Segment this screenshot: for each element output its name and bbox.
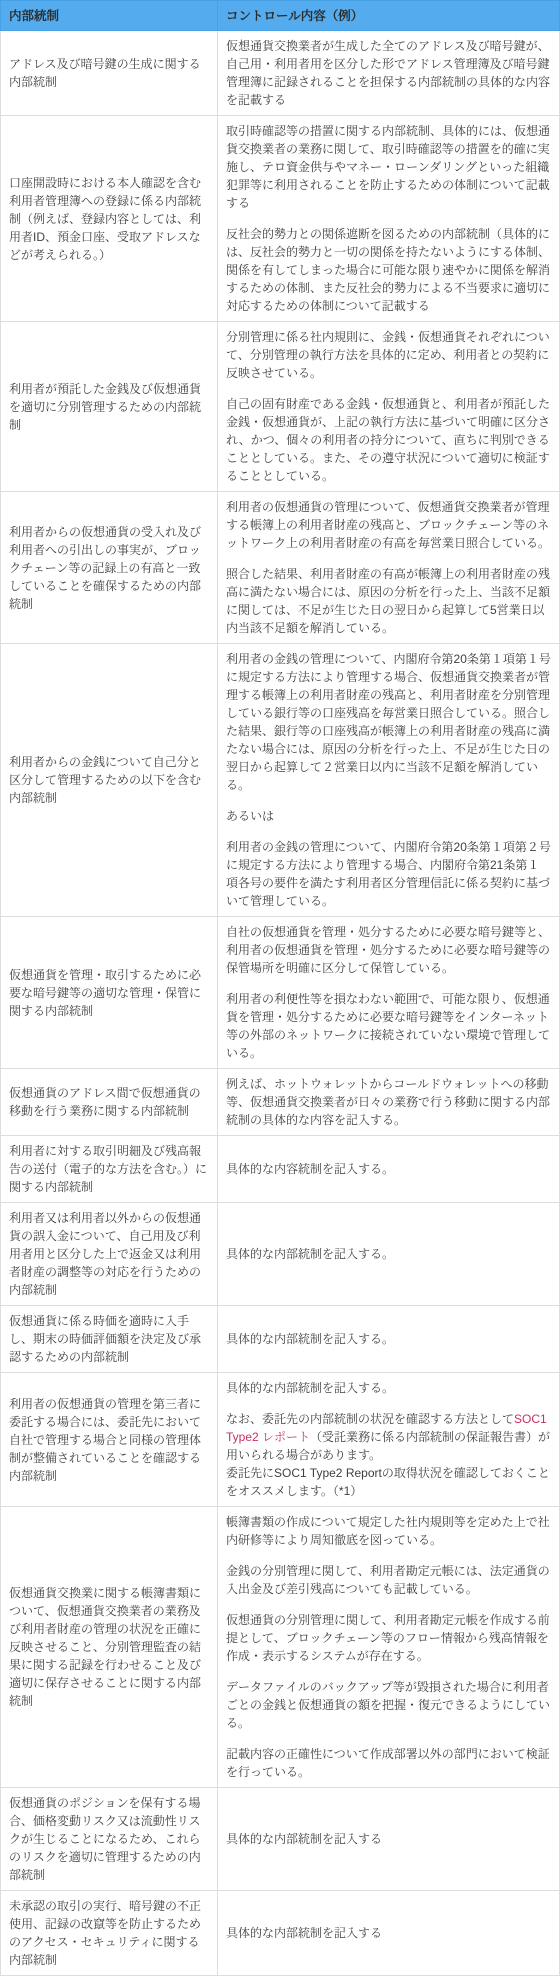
table-row: 仮想通貨に係る時価を適時に入手し、期末の時価評価額を決定及び承認するための内部統…: [1, 1306, 560, 1373]
paragraph-text: 照合した結果、利用者財産の有高が帳簿上の利用者財産の残高に満たない場合には、原因…: [226, 567, 550, 635]
paragraph-text: 自己の固有財産である金銭・仮想通貨と、利用者が預託した金銭・仮想通貨が、上記の執…: [226, 397, 550, 483]
control-content-cell: 利用者の金銭の管理について、内閣府令第20条第１項第１号に規定する方法により管理…: [218, 644, 560, 917]
control-content-paragraph: 自社の仮想通貨を管理・処分するために必要な暗号鍵等と、利用者の仮想通貨を管理・処…: [226, 923, 551, 977]
control-content-paragraph: 利用者の金銭の管理について、内閣府令第20条第１項第１号に規定する方法により管理…: [226, 650, 551, 794]
table-row: 口座開設時における本人確認を含む利用者管理簿への登録に係る内部統制（例えば、登録…: [1, 116, 560, 322]
internal-control-cell: 利用者からの仮想通貨の受入れ及び利用者への引出しの事実が、ブロックチェーン等の記…: [1, 492, 218, 644]
table-row: 未承認の取引の実行、暗号鍵の不正使用、記録の改竄等を防止するためのアクセス・セキ…: [1, 1891, 560, 1976]
paragraph-text: なお、委託先の内部統制の状況を確認する方法として: [226, 1412, 514, 1426]
control-content-paragraph: 記載内容の正確性について作成部署以外の部門において検証を行っている。: [226, 1745, 551, 1781]
paragraph-text: 金銭の分別管理に関して、利用者勘定元帳には、法定通貨の入出金及び差引残高について…: [226, 1564, 550, 1596]
control-content-cell: 具体的な内容統制を記入する。: [218, 1136, 560, 1203]
control-content-paragraph: 具体的な内部統制を記入する。: [226, 1330, 551, 1348]
internal-control-cell: 仮想通貨に係る時価を適時に入手し、期末の時価評価額を決定及び承認するための内部統…: [1, 1306, 218, 1373]
internal-control-cell: 利用者の仮想通貨の管理を第三者に委託する場合には、委託先において自社で管理する場…: [1, 1373, 218, 1507]
control-content-cell: 分別管理に係る社内規則に、金銭・仮想通貨それぞれについて、分別管理の執行方法を具…: [218, 322, 560, 492]
control-content-cell: 具体的な内部統制を記入する: [218, 1891, 560, 1976]
control-content-paragraph: 仮想通貨の分別管理に関して、利用者勘定元帳を作成する前提として、ブロックチェーン…: [226, 1611, 551, 1665]
control-content-paragraph: あるいは: [226, 807, 551, 825]
table-row: 利用者の仮想通貨の管理を第三者に委託する場合には、委託先において自社で管理する場…: [1, 1373, 560, 1507]
internal-control-cell: 仮想通貨交換業に関する帳簿書類について、仮想通貨交換業者の業務及び利用者財産の管…: [1, 1507, 218, 1788]
paragraph-text: 具体的な内部統制を記入する。: [226, 1332, 394, 1346]
control-content-cell: 具体的な内部統制を記入する: [218, 1788, 560, 1891]
control-content-cell: 帳簿書類の作成について規定した社内規則等を定めた上で社内研修等により周知徹底を図…: [218, 1507, 560, 1788]
control-content-paragraph: 具体的な内部統制を記入する: [226, 1924, 551, 1942]
control-content-paragraph: 自己の固有財産である金銭・仮想通貨と、利用者が預託した金銭・仮想通貨が、上記の執…: [226, 395, 551, 485]
control-content-paragraph: 具体的な内部統制を記入する。: [226, 1245, 551, 1263]
control-content-paragraph: 具体的な内部統制を記入する。: [226, 1379, 551, 1397]
internal-controls-table: 内部統制 コントロール内容（例） アドレス及び暗号鍵の生成に関する内部統制仮想通…: [0, 0, 560, 1976]
internal-control-cell: 利用者又は利用者以外からの仮想通貨の誤入金について、自己用及び利用者用と区分した…: [1, 1203, 218, 1306]
control-content-paragraph: 仮想通貨交換業者が生成した全てのアドレス及び暗号鍵が、自己用・利用者用を区分した…: [226, 37, 551, 109]
paragraph-text: 例えば、ホットウォレットからコールドウォレットへの移動等、仮想通貨交換業者が日々…: [226, 1077, 550, 1127]
internal-control-cell: アドレス及び暗号鍵の生成に関する内部統制: [1, 31, 218, 116]
internal-control-cell: 利用者が預託した金銭及び仮想通貨を適切に分別管理するための内部統制: [1, 322, 218, 492]
column-header-internal-control: 内部統制: [1, 1, 218, 31]
paragraph-text: 仮想通貨の分別管理に関して、利用者勘定元帳を作成する前提として、ブロックチェーン…: [226, 1613, 550, 1663]
control-content-paragraph: 反社会的勢力との関係遮断を図るための内部統制（具体的には、反社会的勢力と一切の関…: [226, 225, 551, 315]
control-content-paragraph: 取引時確認等の措置に関する内部統制、具体的には、仮想通貨交換業者の業務に関して、…: [226, 122, 551, 212]
paragraph-text: 具体的な内部統制を記入する。: [226, 1381, 394, 1395]
control-content-paragraph: 利用者の利便性等を損なわない範囲で、可能な限り、仮想通貨を管理・処分するために必…: [226, 990, 551, 1062]
paragraph-text: データファイルのバックアップ等が毀損された場合に利用者ごとの金銭と仮想通貨の額を…: [226, 1680, 550, 1730]
paragraph-text: 反社会的勢力との関係遮断を図るための内部統制（具体的には、反社会的勢力と一切の関…: [226, 227, 550, 313]
control-content-cell: 具体的な内部統制を記入する。: [218, 1203, 560, 1306]
control-content-cell: 取引時確認等の措置に関する内部統制、具体的には、仮想通貨交換業者の業務に関して、…: [218, 116, 560, 322]
paragraph-text: 具体的な内部統制を記入する: [226, 1832, 382, 1846]
control-content-cell: 仮想通貨交換業者が生成した全てのアドレス及び暗号鍵が、自己用・利用者用を区分した…: [218, 31, 560, 116]
control-content-paragraph: 具体的な内部統制を記入する: [226, 1830, 551, 1848]
internal-control-cell: 仮想通貨を管理・取引するために必要な暗号鍵等の適切な管理・保管に関する内部統制: [1, 917, 218, 1069]
table-row: 利用者に対する取引明細及び残高報告の送付（電子的な方法を含む。）に関する内部統制…: [1, 1136, 560, 1203]
column-header-control-content: コントロール内容（例）: [218, 1, 560, 31]
table-row: 仮想通貨のポジションを保有する場合、価格変動リスク又は流動性リスクが生じることに…: [1, 1788, 560, 1891]
table-row: アドレス及び暗号鍵の生成に関する内部統制仮想通貨交換業者が生成した全てのアドレス…: [1, 31, 560, 116]
control-content-paragraph: 帳簿書類の作成について規定した社内規則等を定めた上で社内研修等により周知徹底を図…: [226, 1513, 551, 1549]
control-content-cell: 例えば、ホットウォレットからコールドウォレットへの移動等、仮想通貨交換業者が日々…: [218, 1069, 560, 1136]
table-row: 仮想通貨交換業に関する帳簿書類について、仮想通貨交換業者の業務及び利用者財産の管…: [1, 1507, 560, 1788]
table-row: 利用者が預託した金銭及び仮想通貨を適切に分別管理するための内部統制分別管理に係る…: [1, 322, 560, 492]
paragraph-text: 利用者の金銭の管理について、内閣府令第20条第１項第２号に規定する方法により管理…: [226, 840, 551, 908]
control-content-paragraph: データファイルのバックアップ等が毀損された場合に利用者ごとの金銭と仮想通貨の額を…: [226, 1678, 551, 1732]
table-row: 仮想通貨のアドレス間で仮想通貨の移動を行う業務に関する内部統制例えば、ホットウォ…: [1, 1069, 560, 1136]
control-content-cell: 具体的な内部統制を記入する。: [218, 1306, 560, 1373]
table-row: 利用者からの金銭について自己分と区分して管理するための以下を含む内部統制利用者の…: [1, 644, 560, 917]
page: 内部統制 コントロール内容（例） アドレス及び暗号鍵の生成に関する内部統制仮想通…: [0, 0, 560, 1976]
table-header-row: 内部統制 コントロール内容（例）: [1, 1, 560, 31]
paragraph-text: 具体的な内部統制を記入する。: [226, 1247, 394, 1261]
control-content-paragraph: 利用者の金銭の管理について、内閣府令第20条第１項第２号に規定する方法により管理…: [226, 838, 551, 910]
paragraph-text: 自社の仮想通貨を管理・処分するために必要な暗号鍵等と、利用者の仮想通貨を管理・処…: [226, 925, 550, 975]
control-content-paragraph: 例えば、ホットウォレットからコールドウォレットへの移動等、仮想通貨交換業者が日々…: [226, 1075, 551, 1129]
paragraph-text: 分別管理に係る社内規則に、金銭・仮想通貨それぞれについて、分別管理の執行方法を具…: [226, 330, 550, 380]
table-row: 利用者又は利用者以外からの仮想通貨の誤入金について、自己用及び利用者用と区分した…: [1, 1203, 560, 1306]
control-content-paragraph: 金銭の分別管理に関して、利用者勘定元帳には、法定通貨の入出金及び差引残高について…: [226, 1562, 551, 1598]
paragraph-text: 具体的な内部統制を記入する: [226, 1926, 382, 1940]
paragraph-text: 記載内容の正確性について作成部署以外の部門において検証を行っている。: [226, 1747, 550, 1779]
paragraph-text: 利用者の仮想通貨の管理について、仮想通貨交換業者が管理する帳簿上の利用者財産の残…: [226, 500, 550, 550]
table-row: 仮想通貨を管理・取引するために必要な暗号鍵等の適切な管理・保管に関する内部統制自…: [1, 917, 560, 1069]
internal-control-cell: 利用者からの金銭について自己分と区分して管理するための以下を含む内部統制: [1, 644, 218, 917]
paragraph-text: 利用者の金銭の管理について、内閣府令第20条第１項第１号に規定する方法により管理…: [226, 652, 551, 792]
paragraph-text: 仮想通貨交換業者が生成した全てのアドレス及び暗号鍵が、自己用・利用者用を区分した…: [226, 39, 550, 107]
control-content-paragraph: 具体的な内容統制を記入する。: [226, 1160, 551, 1178]
table-row: 利用者からの仮想通貨の受入れ及び利用者への引出しの事実が、ブロックチェーン等の記…: [1, 492, 560, 644]
control-content-paragraph: 利用者の仮想通貨の管理について、仮想通貨交換業者が管理する帳簿上の利用者財産の残…: [226, 498, 551, 552]
control-content-cell: 具体的な内部統制を記入する。なお、委託先の内部統制の状況を確認する方法としてSO…: [218, 1373, 560, 1507]
control-content-cell: 自社の仮想通貨を管理・処分するために必要な暗号鍵等と、利用者の仮想通貨を管理・処…: [218, 917, 560, 1069]
paragraph-text: 取引時確認等の措置に関する内部統制、具体的には、仮想通貨交換業者の業務に関して、…: [226, 124, 550, 210]
internal-control-cell: 利用者に対する取引明細及び残高報告の送付（電子的な方法を含む。）に関する内部統制: [1, 1136, 218, 1203]
internal-control-cell: 仮想通貨のアドレス間で仮想通貨の移動を行う業務に関する内部統制: [1, 1069, 218, 1136]
paragraph-text: あるいは: [226, 809, 274, 823]
control-content-paragraph: なお、委託先の内部統制の状況を確認する方法としてSOC1 Type2 レポート（…: [226, 1410, 551, 1500]
paragraph-text: 利用者の利便性等を損なわない範囲で、可能な限り、仮想通貨を管理・処分するために必…: [226, 992, 550, 1060]
paragraph-text: 具体的な内容統制を記入する。: [226, 1162, 394, 1176]
table-body: アドレス及び暗号鍵の生成に関する内部統制仮想通貨交換業者が生成した全てのアドレス…: [1, 31, 560, 1976]
control-content-paragraph: 照合した結果、利用者財産の有高が帳簿上の利用者財産の残高に満たない場合には、原因…: [226, 565, 551, 637]
control-content-paragraph: 分別管理に係る社内規則に、金銭・仮想通貨それぞれについて、分別管理の執行方法を具…: [226, 328, 551, 382]
internal-control-cell: 口座開設時における本人確認を含む利用者管理簿への登録に係る内部統制（例えば、登録…: [1, 116, 218, 322]
control-content-cell: 利用者の仮想通貨の管理について、仮想通貨交換業者が管理する帳簿上の利用者財産の残…: [218, 492, 560, 644]
paragraph-text: 帳簿書類の作成について規定した社内規則等を定めた上で社内研修等により周知徹底を図…: [226, 1515, 550, 1547]
internal-control-cell: 未承認の取引の実行、暗号鍵の不正使用、記録の改竄等を防止するためのアクセス・セキ…: [1, 1891, 218, 1976]
internal-control-cell: 仮想通貨のポジションを保有する場合、価格変動リスク又は流動性リスクが生じることに…: [1, 1788, 218, 1891]
